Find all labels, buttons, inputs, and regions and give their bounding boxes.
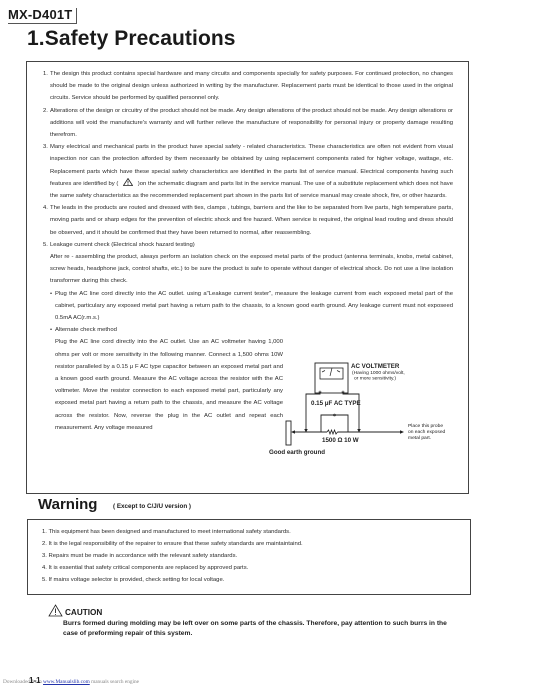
precaution-item-3: 3. Many electrical and mechanical parts … [43,141,453,202]
resistor-label: 1500 Ω 10 W [322,437,359,444]
warning-subtitle: ( Except to C/J/U version ) [113,503,191,510]
warning-triangle-icon [48,604,63,617]
probe-note: metal part. [408,435,431,441]
probe-note: Place this probe [408,423,443,429]
precaution-item-2: 2. Alterations of the design or circuitr… [43,105,453,142]
leakage-tester-method: • Plug the AC line cord directly into th… [50,288,453,325]
item-text: The design this product contains special… [50,71,453,101]
warning-item: 4. It is essential that safety critical … [42,562,462,574]
alternate-method-text: Plug the AC line cord directly into the … [50,336,283,434]
warning-box: 1. This equipment has been designed and … [27,519,471,595]
footer-suffix: manuals search engine [90,679,139,685]
circuit-schematic: AC VOLTMETER (Having 1000 ohms/volt, or … [290,363,452,449]
caution-title: CAUTION [65,608,102,617]
item-number: 3. [43,141,48,153]
alternate-method-heading-row: • Alternate check method [50,324,453,336]
page-number: 1-1 [29,676,41,685]
voltmeter-note: (Having 1000 ohms/volt, [352,370,405,376]
leakage-tester-text: Plug the AC line cord directly into the … [55,291,453,321]
caution-section: CAUTION Burrs formed during molding may … [48,604,463,638]
item-number: 1. [43,68,48,80]
warning-item: 3. Repairs must be made in accordance wi… [42,550,462,562]
model-number-tag: MX-D401T [8,8,77,24]
warning-item: 1. This equipment has been designed and … [42,526,462,538]
alternate-method-heading: Alternate check method [55,327,117,333]
warning-heading: Warning [38,496,97,513]
leakage-check-intro: After re - assembling the product, alway… [50,251,453,288]
leakage-check-heading: Leakage current check (Electrical shock … [50,239,453,251]
manualslib-link[interactable]: www.Manualslib.com [43,679,90,685]
item-number: 4. [43,202,48,214]
page-title: 1.Safety Precautions [27,27,236,51]
warning-item: 5. If mains voltage selector is provided… [42,574,462,586]
precaution-item-4: 4. The leads in the products are routed … [43,202,453,239]
warning-triangle-icon [123,178,133,186]
item-number: 5. [43,239,48,251]
item-text: Alterations of the design or circuitry o… [50,108,453,138]
download-footer: Downloaded from www.Manualslib.com manua… [3,679,139,685]
item-number: 2. [43,105,48,117]
voltmeter-note: or more sensitivity.) [354,376,396,382]
probe-note: on each exposed [408,429,446,435]
warning-item: 2. It is the legal responsibility of the… [42,538,462,550]
item-text: The leads in the products are routed and… [50,205,453,235]
safety-precautions-box: 1. The design this product contains spec… [26,61,469,494]
warning-list: 1. This equipment has been designed and … [42,526,462,586]
caution-text: Burrs formed during molding may be left … [63,619,463,638]
ground-label: Good earth ground [269,449,325,456]
precaution-item-1: 1. The design this product contains spec… [43,68,453,105]
capacitor-label: 0.15 μF AC TYPE [311,400,361,407]
voltmeter-label: AC VOLTMETER [351,363,400,370]
leakage-test-circuit-diagram: AC VOLTMETER (Having 1000 ohms/volt, or … [290,363,452,449]
bullet: • [50,288,52,300]
bullet: • [50,324,52,336]
